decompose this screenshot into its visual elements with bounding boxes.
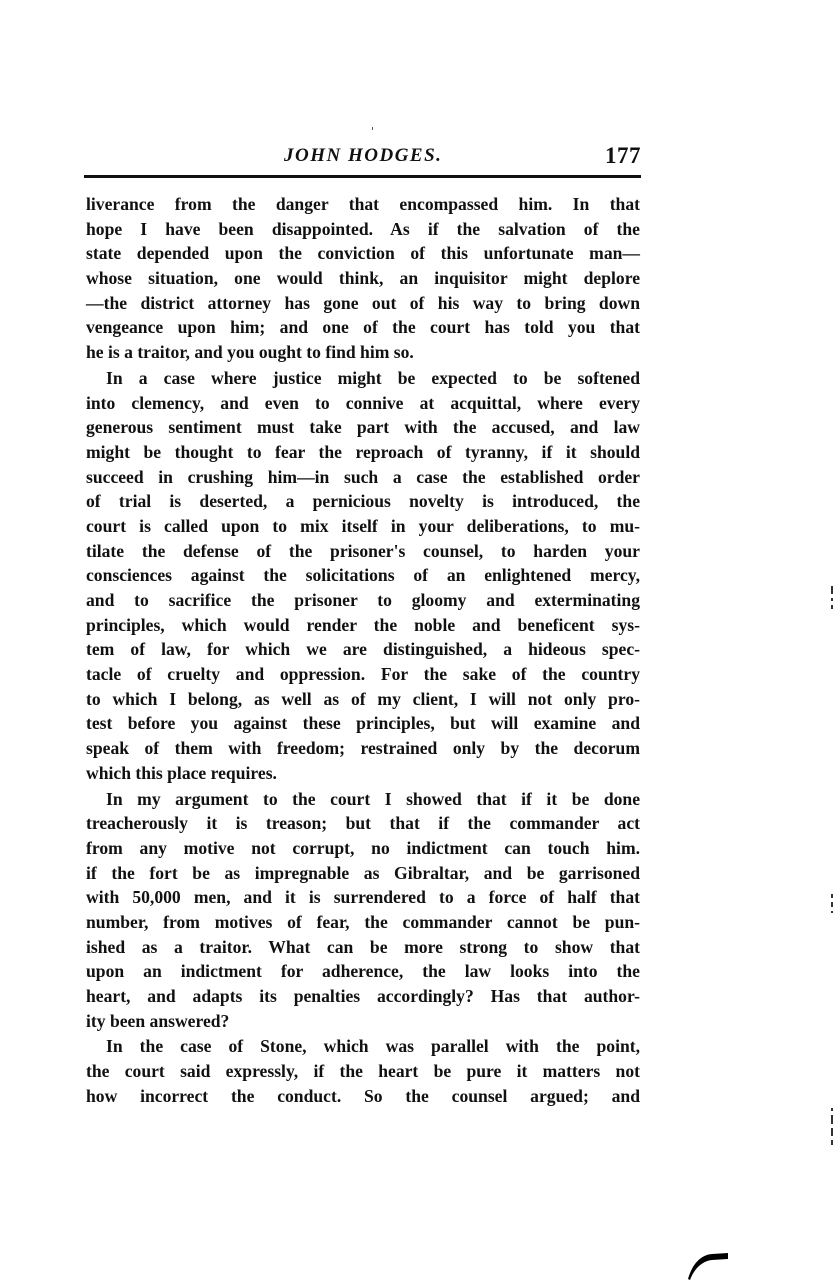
text-line: of trial is deserted, a pernicious novel… <box>86 489 640 514</box>
text-line: court is called upon to mix itself in yo… <box>86 514 640 539</box>
text-line: if the fort be as impregnable as Gibralt… <box>86 861 640 886</box>
text-line: In a case where justice might be expecte… <box>86 366 640 391</box>
text-line: consciences against the solicitations of… <box>86 563 640 588</box>
text-line: succeed in crushing him—in such a case t… <box>86 465 640 490</box>
text-line: test before you against these principles… <box>86 711 640 736</box>
text-line: to which I belong, as well as of my clie… <box>86 687 640 712</box>
text-line: which this place requires. <box>86 761 640 786</box>
text-line: liverance from the danger that encompass… <box>86 192 640 217</box>
text-line: state depended upon the conviction of th… <box>86 241 640 266</box>
paragraph: liverance from the danger that encompass… <box>86 192 640 365</box>
text-line: treacherously it is treason; but that if… <box>86 811 640 836</box>
header-rule <box>84 175 641 178</box>
scan-speck <box>372 127 373 130</box>
text-line: with 50,000 men, and it is surrendered t… <box>86 885 640 910</box>
text-line: tacle of cruelty and oppression. For the… <box>86 662 640 687</box>
text-line: tilate the defense of the prisoner's cou… <box>86 539 640 564</box>
paragraph: In a case where justice might be expecte… <box>86 366 640 786</box>
text-line: —the district attorney has gone out of h… <box>86 291 640 316</box>
text-line: vengeance upon him; and one of the court… <box>86 315 640 340</box>
text-line: number, from motives of fear, the comman… <box>86 910 640 935</box>
text-line: upon an indictment for adherence, the la… <box>86 959 640 984</box>
text-line: hope I have been disappointed. As if the… <box>86 217 640 242</box>
running-title: JOHN HODGES. <box>284 145 442 167</box>
text-line: from any motive not corrupt, no indictme… <box>86 836 640 861</box>
text-line: ity been answered? <box>86 1009 640 1034</box>
text-line: speak of them with freedom; restrained o… <box>86 736 640 761</box>
text-line: and to sacrifice the prisoner to gloomy … <box>86 588 640 613</box>
running-head: JOHN HODGES. 177 <box>84 143 641 173</box>
paragraph: In the case of Stone, which was parallel… <box>86 1034 640 1108</box>
book-page: JOHN HODGES. 177 liverance from the dang… <box>0 0 836 1284</box>
page-number: 177 <box>605 143 641 169</box>
text-line: the court said expressly, if the heart b… <box>86 1059 640 1084</box>
body-text: liverance from the danger that encompass… <box>86 192 640 1108</box>
text-line: tem of law, for which we are distinguish… <box>86 637 640 662</box>
paragraph: In my argument to the court I showed tha… <box>86 787 640 1034</box>
text-line: into clemency, and even to connive at ac… <box>86 391 640 416</box>
scan-edge-marks <box>831 586 833 613</box>
text-line: In my argument to the court I showed tha… <box>86 787 640 812</box>
text-line: heart, and adapts its penalties accordin… <box>86 984 640 1009</box>
text-line: whose situation, one would think, an inq… <box>86 266 640 291</box>
text-line: In the case of Stone, which was parallel… <box>86 1034 640 1059</box>
scan-edge-marks <box>831 1108 833 1149</box>
scan-corner-artifact <box>688 1251 732 1281</box>
text-line: might be thought to fear the reproach of… <box>86 440 640 465</box>
text-line: he is a traitor, and you ought to find h… <box>86 340 640 365</box>
text-line: principles, which would render the noble… <box>86 613 640 638</box>
text-line: generous sentiment must take part with t… <box>86 415 640 440</box>
scan-edge-marks <box>831 894 833 917</box>
text-line: ished as a traitor. What can be more str… <box>86 935 640 960</box>
text-line: how incorrect the conduct. So the counse… <box>86 1084 640 1109</box>
